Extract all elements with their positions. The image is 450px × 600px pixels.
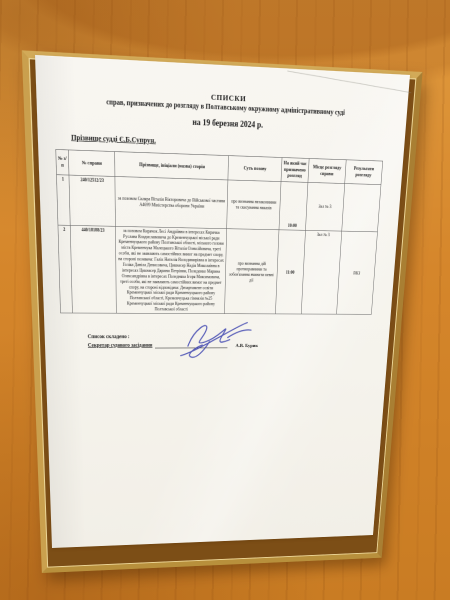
hearing-time-cell: 10:00 bbox=[279, 181, 308, 230]
paper-sheet: СПИСКИ справ, призначених до розгляду в … bbox=[35, 55, 410, 548]
case-number-cell: 440/18188/23 bbox=[70, 225, 116, 313]
claim-essence-cell: про визнання дій протиправними та зобов'… bbox=[225, 228, 279, 313]
parties-cell: за позовом Скляра Віталія Вікторовича до… bbox=[115, 176, 228, 228]
column-header-time: На який час призначено розгляд bbox=[281, 157, 309, 182]
result-cell bbox=[342, 183, 381, 231]
hearings-table: № з/п № справи Прізвище, ініціали (назва… bbox=[55, 149, 383, 314]
secretary-name: А.В. Бурик bbox=[235, 343, 258, 348]
column-header-index: № з/п bbox=[56, 149, 69, 174]
case-row: 1 240/12512/23 за позовом Скляра Віталія… bbox=[56, 174, 381, 231]
signature-line bbox=[155, 341, 228, 348]
list-made-label: Список складено : bbox=[88, 334, 351, 339]
case-number-cell: 240/12512/23 bbox=[69, 175, 116, 226]
claim-essence-cell: про визнання незаконними та скасування н… bbox=[227, 180, 281, 230]
result-cell: ВКЗ bbox=[336, 231, 377, 314]
document-footer: Список складено : Секретар судового засі… bbox=[88, 334, 351, 348]
hearing-place-cell: Зал № 3 bbox=[301, 230, 342, 314]
case-row: 2 440/18188/23 за позовом Кирячок Лесі А… bbox=[58, 225, 378, 314]
hearing-place-cell: Зал № 3 bbox=[305, 182, 344, 231]
parties-cell: за позовом Кирячок Лесі Андріївни в інте… bbox=[116, 226, 227, 314]
column-header-result: Результати розгляду bbox=[345, 160, 383, 185]
column-header-place: Місце розгляду справи bbox=[308, 158, 346, 183]
notice-frame: СПИСКИ справ, призначених до розгляду в … bbox=[35, 55, 410, 548]
photo-viewport: СПИСКИ справ, призначених до розгляду в … bbox=[0, 0, 450, 600]
secretary-line: Секретар судового засідання А.В. Бурик bbox=[88, 341, 351, 348]
column-header-claim-essence: Суть позову bbox=[228, 156, 282, 182]
column-header-parties: Прізвище, ініціали (назва) сторін bbox=[115, 152, 229, 180]
secretary-label: Секретар судового засідання bbox=[88, 343, 153, 349]
column-header-case-number: № справи bbox=[68, 150, 115, 176]
